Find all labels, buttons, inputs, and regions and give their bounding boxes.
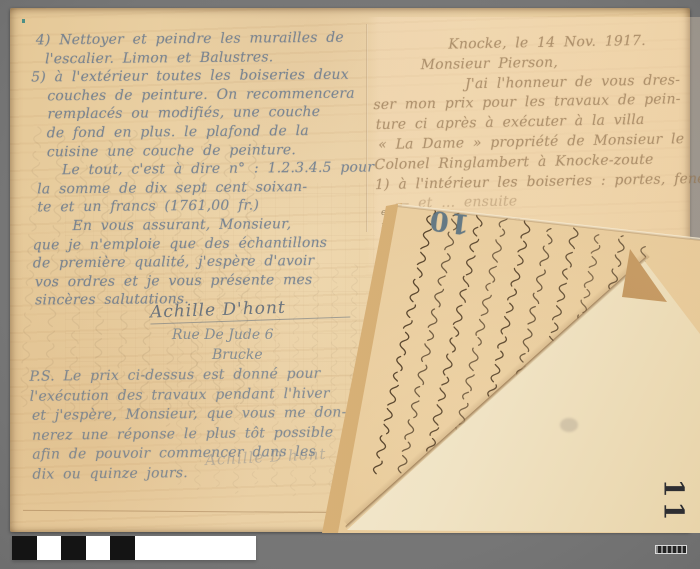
calibration-strip [12, 536, 256, 560]
folio-number-text: 11 [657, 479, 688, 525]
paper-corner-speck [22, 19, 25, 23]
calibration-square-black [61, 536, 86, 560]
postscript-line: dix ou quinze jours. [32, 462, 366, 485]
calibration-square-white [86, 536, 110, 560]
left-letter-body: 4) Nettoyer et peindre les murailles de … [31, 29, 367, 311]
ink-smudge [560, 418, 578, 432]
calibration-square-black [110, 536, 135, 560]
folio-number: 11 [650, 486, 684, 526]
postscript-line: nerez une réponse le plus tôt possible [32, 423, 366, 446]
postscript: P.S. Le prix ci-dessus est donné pour l'… [29, 364, 366, 485]
address-line: Brucke [212, 347, 263, 363]
calibration-bar-white [135, 536, 256, 560]
letter-line: Le tout, c'est à dire n° : 1.2.3.4.5 pou… [62, 159, 366, 180]
archival-scan: 4) Nettoyer et peindre les murailles de … [0, 0, 700, 569]
micro-label [655, 545, 687, 554]
letter-line: 4) Nettoyer et peindre les murailles de [36, 29, 365, 50]
address-line: Rue De Jude 6 [172, 327, 274, 343]
calibration-square-white [37, 536, 61, 560]
calibration-square-black [12, 536, 37, 560]
left-sheet-bottom-edge [23, 510, 361, 513]
right-letter-body: Knocke, le 14 Nov. 1917. Monsieur Pierso… [372, 31, 698, 235]
letter-line: remplacés ou modifiés, une couche [47, 103, 365, 124]
letter-line: que je n'emploie que des échantillons [33, 233, 367, 255]
